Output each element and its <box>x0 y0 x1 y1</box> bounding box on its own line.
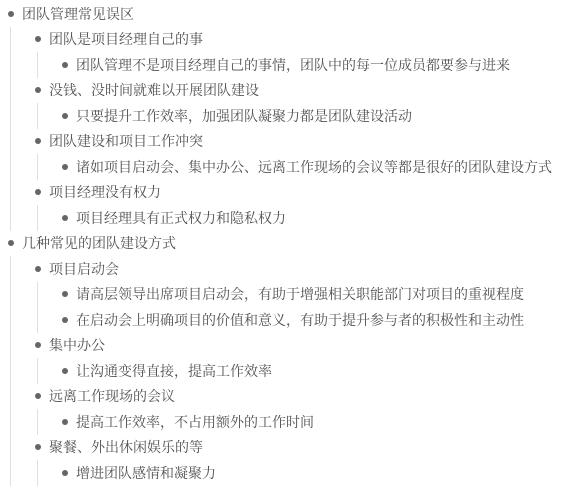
outline-row: 聚餐、外出休闲娱乐的等 <box>35 435 560 461</box>
bullet-icon <box>62 470 68 476</box>
outline-item-label: 集中办公 <box>49 335 105 355</box>
outline-item: 聚餐、外出休闲娱乐的等 增进团队感情和凝聚力 <box>35 435 560 486</box>
outline-item-label: 项目经理没有权力 <box>49 182 161 202</box>
bullet-icon <box>35 342 41 348</box>
outline-row: 项目经理没有权力 <box>35 180 560 206</box>
bullet-icon <box>35 189 41 195</box>
outline-row: 团队是项目经理自己的事 <box>35 27 560 53</box>
outline-row: 在启动会上明确项目的价值和意义，有助于提升参与者的积极性和主动性 <box>62 307 560 333</box>
outline-item-label: 诸如项目启动会、集中办公、远离工作现场的会议等都是很好的团队建设方式 <box>76 157 552 177</box>
outline-row: 诸如项目启动会、集中办公、远离工作现场的会议等都是很好的团队建设方式 <box>62 154 560 180</box>
bullet-icon <box>35 138 41 144</box>
children-group: 项目经理具有正式权力和隐私权力 <box>37 205 560 231</box>
outline-row: 只要提升工作效率，加强团队凝聚力都是团队建设活动 <box>62 103 560 129</box>
outline-item-label: 团队建设和项目工作冲突 <box>49 131 203 151</box>
bullet-icon <box>35 266 41 272</box>
outline-item: 团队是项目经理自己的事 团队管理不是项目经理自己的事情，团队中的每一位成员都要参… <box>35 27 560 78</box>
outline-row: 远离工作现场的会议 <box>35 384 560 410</box>
outline-item-label: 团队是项目经理自己的事 <box>49 29 203 49</box>
bullet-icon <box>62 368 68 374</box>
bullet-icon <box>62 164 68 170</box>
outline-row: 增进团队感情和凝聚力 <box>62 460 560 486</box>
bullet-icon <box>62 113 68 119</box>
children-group: 提高工作效率，不占用额外的工作时间 <box>37 409 560 435</box>
bullet-icon <box>35 36 41 42</box>
outline-row: 几种常见的团队建设方式 <box>8 231 560 257</box>
outline-item: 团队建设和项目工作冲突 诸如项目启动会、集中办公、远离工作现场的会议等都是很好的… <box>35 129 560 180</box>
bullet-icon <box>62 215 68 221</box>
bullet-icon <box>8 11 14 17</box>
outline-row: 提高工作效率，不占用额外的工作时间 <box>62 409 560 435</box>
outline-item-label: 几种常见的团队建设方式 <box>22 233 176 253</box>
outline-item-label: 提高工作效率，不占用额外的工作时间 <box>76 412 314 432</box>
section-team-building-methods: 几种常见的团队建设方式 项目启动会 请高层领导出席项目启动会，有助于增强相关职能… <box>8 231 560 486</box>
bullet-icon <box>35 87 41 93</box>
outline-item-label: 团队管理常见误区 <box>22 4 134 24</box>
children-group: 请高层领导出席项目启动会，有助于增强相关职能部门对项目的重视程度 在启动会上明确… <box>37 282 560 333</box>
outline-item-label: 请高层领导出席项目启动会，有助于增强相关职能部门对项目的重视程度 <box>76 284 524 304</box>
children-group: 团队管理不是项目经理自己的事情，团队中的每一位成员都要参与进来 <box>37 52 560 78</box>
outline-row: 让沟通变得直接，提高工作效率 <box>62 358 560 384</box>
outline-item-label: 增进团队感情和凝聚力 <box>76 463 216 483</box>
outline-item-label: 远离工作现场的会议 <box>49 386 175 406</box>
children-group: 项目启动会 请高层领导出席项目启动会，有助于增强相关职能部门对项目的重视程度 在… <box>10 256 560 486</box>
children-group: 让沟通变得直接，提高工作效率 <box>37 358 560 384</box>
bullet-icon <box>62 317 68 323</box>
outline-item-label: 让沟通变得直接，提高工作效率 <box>76 361 272 381</box>
bullet-icon <box>62 419 68 425</box>
bullet-icon <box>8 240 14 246</box>
outline: 团队管理常见误区 团队是项目经理自己的事 团队管理不是项目经理自己的事情，团队中… <box>0 0 564 486</box>
outline-row: 团队管理不是项目经理自己的事情，团队中的每一位成员都要参与进来 <box>62 52 560 78</box>
outline-item-label: 只要提升工作效率，加强团队凝聚力都是团队建设活动 <box>76 106 412 126</box>
outline-item-label: 没钱、没时间就难以开展团队建设 <box>49 80 259 100</box>
outline-item-label: 聚餐、外出休闲娱乐的等 <box>49 437 203 457</box>
bullet-icon <box>62 62 68 68</box>
bullet-icon <box>35 393 41 399</box>
children-group: 团队是项目经理自己的事 团队管理不是项目经理自己的事情，团队中的每一位成员都要参… <box>10 27 560 231</box>
outline-item: 远离工作现场的会议 提高工作效率，不占用额外的工作时间 <box>35 384 560 435</box>
outline-item-label: 团队管理不是项目经理自己的事情，团队中的每一位成员都要参与进来 <box>76 55 510 75</box>
outline-item: 集中办公 让沟通变得直接，提高工作效率 <box>35 333 560 384</box>
outline-row: 团队建设和项目工作冲突 <box>35 129 560 155</box>
children-group: 增进团队感情和凝聚力 <box>37 460 560 486</box>
bullet-icon <box>62 291 68 297</box>
outline-row: 请高层领导出席项目启动会，有助于增强相关职能部门对项目的重视程度 <box>62 282 560 308</box>
children-group: 只要提升工作效率，加强团队凝聚力都是团队建设活动 <box>37 103 560 129</box>
outline-item-label: 在启动会上明确项目的价值和意义，有助于提升参与者的积极性和主动性 <box>76 310 524 330</box>
outline-row: 集中办公 <box>35 333 560 359</box>
outline-item-label: 项目启动会 <box>49 259 119 279</box>
outline-row: 没钱、没时间就难以开展团队建设 <box>35 78 560 104</box>
outline-item-label: 项目经理具有正式权力和隐私权力 <box>76 208 286 228</box>
section-misconceptions: 团队管理常见误区 团队是项目经理自己的事 团队管理不是项目经理自己的事情，团队中… <box>8 1 560 231</box>
outline-row: 团队管理常见误区 <box>8 1 560 27</box>
outline-item: 没钱、没时间就难以开展团队建设 只要提升工作效率，加强团队凝聚力都是团队建设活动 <box>35 78 560 129</box>
outline-item: 项目经理没有权力 项目经理具有正式权力和隐私权力 <box>35 180 560 231</box>
outline-item: 项目启动会 请高层领导出席项目启动会，有助于增强相关职能部门对项目的重视程度 在… <box>35 256 560 333</box>
outline-row: 项目启动会 <box>35 256 560 282</box>
children-group: 诸如项目启动会、集中办公、远离工作现场的会议等都是很好的团队建设方式 <box>37 154 560 180</box>
bullet-icon <box>35 444 41 450</box>
outline-row: 项目经理具有正式权力和隐私权力 <box>62 205 560 231</box>
